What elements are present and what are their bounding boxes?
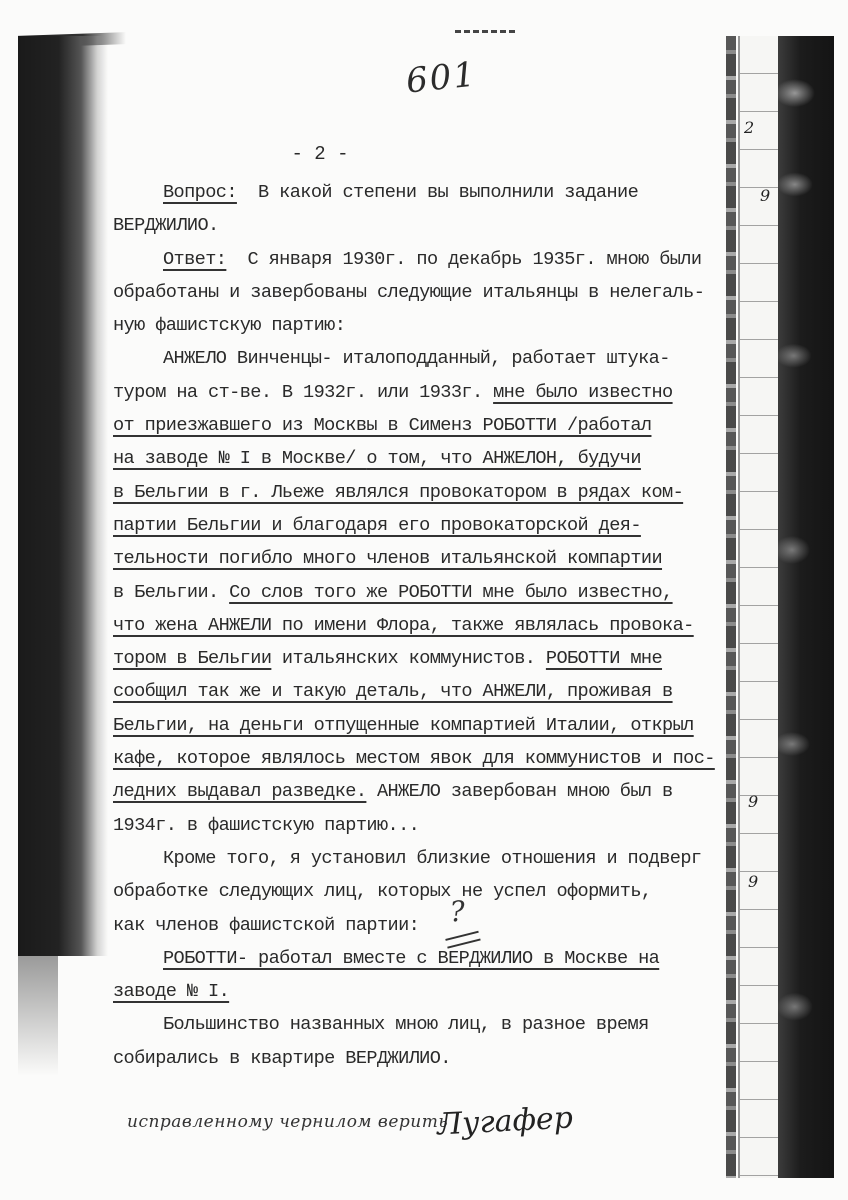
- text-line: Ответ: С января 1930г. по декабрь 1935г.…: [113, 243, 723, 276]
- underlined-text: мне было известно: [493, 382, 673, 403]
- text-line: РОБОТТИ- работал вместе с ВЕРДЖИЛИО в Мо…: [113, 942, 723, 975]
- paragraph-q: Вопрос: В какой степени вы выполнили зад…: [113, 176, 723, 243]
- underlined-text: на заводе № I в Москве/: [113, 448, 366, 469]
- underlined-text: сообщил так же и такую деталь, что АНЖЕЛ…: [113, 681, 673, 702]
- underlined-text: партии Бельгии и благодаря его провокато…: [113, 515, 641, 536]
- scanned-page: 2 9 9 9 601 - 2 - Вопрос: В какой степен…: [0, 0, 848, 1200]
- text-segment: В какой степени вы выполнили задание: [237, 182, 638, 203]
- underlined-text: о том, что АНЖЕЛОН, будучи: [366, 448, 641, 469]
- underlined-text: заводе № I.: [113, 981, 229, 1002]
- typed-text-body: Вопрос: В какой степени вы выполнили зад…: [113, 176, 723, 1075]
- text-line: партии Бельгии и благодаря его провокато…: [113, 509, 723, 542]
- paragraph-c: Большинство названных мною лиц, в разное…: [113, 1008, 723, 1075]
- folio-number: 601: [404, 54, 479, 101]
- archive-stamp-fragment: [455, 30, 515, 39]
- text-line: туром на ст-ве. В 1932г. или 1933г. мне …: [113, 376, 723, 409]
- text-segment: Кроме того, я установил близкие отношени…: [163, 848, 701, 869]
- copier-shadow-left: [18, 36, 108, 956]
- underlined-text: тором в Бельгии: [113, 648, 271, 669]
- text-segment: ную фашистскую партию:: [113, 315, 345, 336]
- text-line: Бельгии, на деньги отпущенные компартией…: [113, 709, 723, 742]
- text-line: АНЖЕЛО Винченцы- италоподданный, работае…: [113, 342, 723, 375]
- text-segment: обработке следующих лиц, которых не успе…: [113, 881, 651, 902]
- underlined-text: РОБОТТИ мне: [546, 648, 662, 669]
- text-segment: собирались в квартире ВЕРДЖИЛИО.: [113, 1048, 451, 1069]
- text-line: Вопрос: В какой степени вы выполнили зад…: [113, 176, 723, 209]
- text-line: обработке следующих лиц, которых не успе…: [113, 875, 723, 908]
- text-line: тором в Бельгии итальянских коммунистов.…: [113, 642, 723, 675]
- underlined-text: Бельгии, на деньги отпущенные компартией…: [113, 715, 694, 736]
- binding-mark: 9: [760, 186, 770, 205]
- text-segment: 1934г. в фашистскую партию...: [113, 815, 419, 836]
- binding-mark: 2: [744, 118, 754, 137]
- text-line: в Бельгии в г. Льеже являлся провокаторо…: [113, 476, 723, 509]
- text-line: тельности погибло много членов итальянск…: [113, 542, 723, 575]
- text-segment: АНЖЕЛО Винченцы- италоподданный, работае…: [163, 348, 670, 369]
- underlined-text: что жена АНЖЕЛИ по имени Флора, также яв…: [113, 615, 694, 636]
- text-segment: АНЖЕЛО завербован мною был в: [366, 781, 672, 802]
- text-line: в Бельгии. Со слов того же РОБОТТИ мне б…: [113, 576, 723, 609]
- text-segment: ВЕРДЖИЛИО.: [113, 215, 219, 236]
- signature: Лугафер: [436, 1100, 574, 1142]
- underlined-text: ледних выдавал разведке.: [113, 781, 366, 802]
- underlined-text: от приезжавшего из Москвы в Сименз РОБОТ…: [113, 415, 651, 436]
- text-segment: в Бельгии.: [113, 582, 229, 603]
- text-line: от приезжавшего из Москвы в Сименз РОБОТ…: [113, 409, 723, 442]
- underlined-text: РОБОТТИ- работал вместе с ВЕРДЖИЛИО в Мо…: [163, 948, 659, 969]
- text-line: как членов фашистской партии:: [113, 909, 723, 942]
- text-line: ВЕРДЖИЛИО.: [113, 209, 723, 242]
- text-segment: С января 1930г. по декабрь 1935г. мною б…: [226, 249, 701, 270]
- binding-edge: [726, 36, 736, 1178]
- underlined-text: кафе, которое являлось местом явок для к…: [113, 748, 715, 769]
- text-line: собирались в квартире ВЕРДЖИЛИО.: [113, 1042, 723, 1075]
- text-line: сообщил так же и такую деталь, что АНЖЕЛ…: [113, 675, 723, 708]
- underlined-text: в Бельгии в г. Льеже являлся провокаторо…: [113, 482, 683, 503]
- page-number: - 2 -: [0, 143, 620, 165]
- underlined-text: Со слов того же РОБОТТИ мне было известн…: [229, 582, 672, 603]
- text-line: 1934г. в фашистскую партию...: [113, 809, 723, 842]
- margin-question-mark: ?: [449, 895, 466, 929]
- text-line: Кроме того, я установил близкие отношени…: [113, 842, 723, 875]
- text-line: Большинство названных мною лиц, в разное…: [113, 1008, 723, 1041]
- binding-mark: 9: [748, 792, 758, 811]
- text-segment: Большинство названных мною лиц, в разное…: [163, 1014, 649, 1035]
- text-segment: итальянских коммунистов.: [271, 648, 546, 669]
- underlined-text: Ответ:: [163, 249, 226, 270]
- text-segment: как членов фашистской партии:: [113, 915, 419, 936]
- binding-dotted-lines: [740, 36, 778, 1178]
- text-line: ную фашистскую партию:: [113, 309, 723, 342]
- text-line: на заводе № I в Москве/ о том, что АНЖЕЛ…: [113, 442, 723, 475]
- text-segment: обработаны и завербованы следующие италь…: [113, 282, 704, 303]
- text-line: обработаны и завербованы следующие италь…: [113, 276, 723, 309]
- text-line: кафе, которое являлось местом явок для к…: [113, 742, 723, 775]
- paragraph-a: Ответ: С января 1930г. по декабрь 1935г.…: [113, 243, 723, 842]
- handwritten-certification-note: исправленному чернилом верить: [127, 1112, 448, 1132]
- text-line: ледних выдавал разведке. АНЖЕЛО завербов…: [113, 775, 723, 808]
- underlined-text: тельности погибло много членов итальянск…: [113, 548, 662, 569]
- text-line: заводе № I.: [113, 975, 723, 1008]
- underlined-text: Вопрос:: [163, 182, 237, 203]
- paragraph-b: Кроме того, я установил близкие отношени…: [113, 842, 723, 1008]
- text-segment: туром на ст-ве. В 1932г. или 1933г.: [113, 382, 493, 403]
- text-line: что жена АНЖЕЛИ по имени Флора, также яв…: [113, 609, 723, 642]
- copier-shadow-right: [778, 36, 834, 1178]
- binding-mark: 9: [748, 872, 758, 891]
